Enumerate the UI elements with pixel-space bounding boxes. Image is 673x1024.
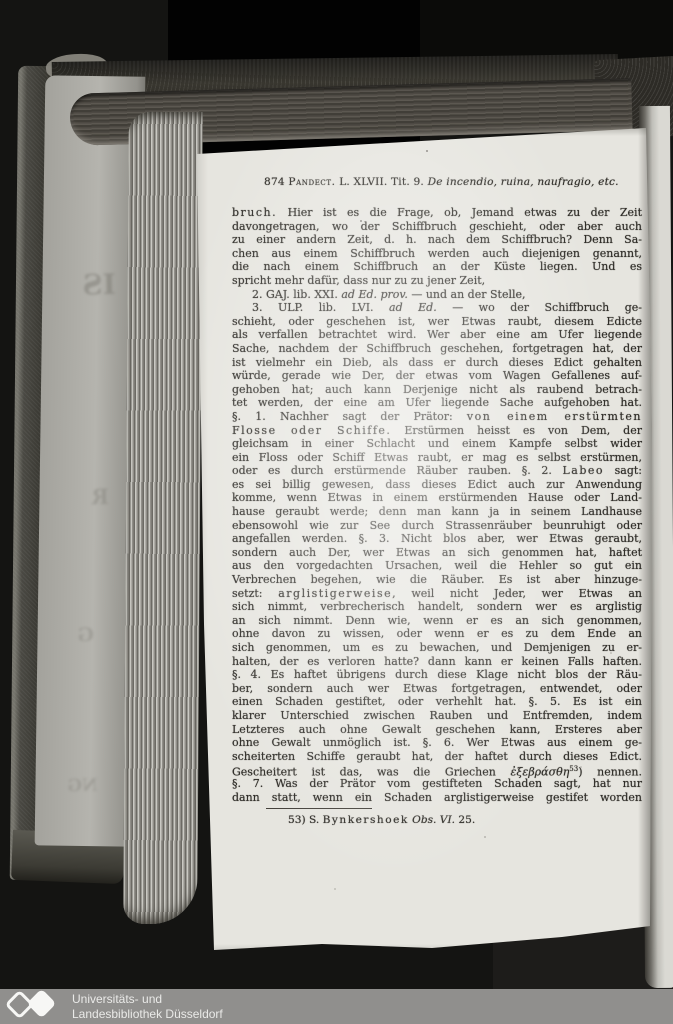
text-line: gehoben hat; auch kann Derjenige nicht a… [232,383,642,397]
footnote-rule [266,808,372,809]
text-line: §. 4. Es haftet übrigens durch diese Kla… [232,668,642,682]
bleedthrough-text: R [91,484,109,509]
text-line: sich nimmt, verbrecherisch handelt, sond… [232,600,642,614]
text-line: die nach einem Schiffbruch an der Küste … [232,260,642,274]
page-header: 874 Pandect. L. XLVII. Tit. 9. De incend… [232,176,673,188]
page-speck [514,360,516,362]
watermark-line2: Landesbibliothek Düsseldorf [72,1007,223,1022]
text-line: ein Floss oder Schiff Etwas raubt, er ma… [232,451,642,465]
text-line: spricht mehr dafür, dass nur zu zu jener… [232,274,642,288]
text-line: chen aus einem Schiffbruch werden auch d… [232,247,642,261]
text-line: oder es durch erstürmende Räuber rauben.… [232,464,642,478]
text-line: Verbrechen begehen, wie die Räuber. Es i… [232,573,642,587]
library-logo-solid-diamond-icon [27,989,57,1019]
text-line: Sache, nachdem der Schiffbruch geschehen… [232,342,642,356]
text-line: als verfallen betrachtet wird. Wer aber … [232,328,642,342]
text-line: scheiterten Schiffe geraubt hat, der haf… [232,750,642,764]
text-line: schieht, oder geschehen ist, wer Etwas r… [232,315,642,329]
text-line: zu einer andern Zeit, d. h. nach dem Sch… [232,233,642,247]
text-line: aus den vorgedachten Ursachen, weil die … [232,559,642,573]
text-line: angefallen werden. §. 3. Nicht blos aber… [232,532,642,546]
text-line: 2. GAJ. lib. XXI. ad Ed. prov. — und an … [232,288,642,302]
text-line: ber, sondern auch wer Etwas fortgetragen… [232,682,642,696]
page-speck [580,766,582,768]
text-line: ohne Gewalt unmöglich ist. §. 6. Wer Etw… [232,736,642,750]
text-line: Flosse oder Schiffe. Erstürmen heisst es… [232,424,642,438]
text-line: Letzteres auch ohne Gewalt geschehen kan… [232,723,642,737]
page-speck [334,888,336,890]
text-line: ohne davon zu wissen, oder wenn er es zu… [232,627,642,641]
page-speck [274,442,276,444]
text-line: hause geraubt werde; denn man kann ja in… [232,505,642,519]
text-line: tet werden, der eine am Ufer liegende Sa… [232,396,642,410]
text-line: es sei billig gewesen, dass dieses Edict… [232,478,642,492]
page-speck [360,220,362,222]
text-line: ebensowohl wie zur See durch Strassenräu… [232,519,642,533]
bleedthrough-text: IS [82,268,116,302]
text-line: sondern auch Der, wer Etwas an sich geno… [232,546,642,560]
bleedthrough-text: G [77,624,94,646]
text-line: würde, gerade wie Der, der etwas vom Wag… [232,369,642,383]
text-line: 3. ULP. lib. LVI. ad Ed. — wo der Schiff… [232,301,642,315]
scanned-page: 874 Pandect. L. XLVII. Tit. 9. De incend… [182,124,654,956]
text-line: davongetragen, wo der Schiffbruch geschi… [232,220,642,234]
footnote-text: 53) S. Bynkershoek Obs. VI. 25. [288,814,628,826]
watermark-line1: Universitäts- und [72,992,223,1007]
text-line: komme, wenn Etwas in einem erstürmenden … [232,491,642,505]
page-speck [426,150,428,152]
text-line: an sich nimmt. Denn wie, wenn er es an s… [232,614,642,628]
body-text: bruch. Hier ist es die Frage, ob, Jemand… [232,206,642,804]
text-line: sich genommen, um es zu bewachen, und De… [232,641,642,655]
text-line: ist vielmehr ein Dieb, als dass er durch… [232,356,642,370]
text-line: gleichsam in einer Schlacht und einem Ka… [232,437,642,451]
text-line: §. 7. Was der Prätor vom gestifteten Sch… [232,777,642,791]
page-speck [610,652,612,654]
text-line: einen Schaden gestiftet, oder verhehlt h… [232,695,642,709]
bleedthrough-text: NG [67,776,97,797]
page-edges-left-stack [123,112,203,924]
page-speck [484,836,486,838]
text-line: klarer Unterschied zwischen Rauben und E… [232,709,642,723]
text-line: halten, der es verloren hatte? dann kann… [232,655,642,669]
text-line: setzt: arglistigerweise, weil nicht Jede… [232,587,642,601]
watermark-text: Universitäts- und Landesbibliothek Düsse… [72,992,223,1022]
text-line: §. 1. Nachher sagt der Prätor: von einem… [232,410,642,424]
text-line: bruch. Hier ist es die Frage, ob, Jemand… [232,206,642,220]
book-scan: IS R G NG 874 Pandect. L. XLVII. Tit. 9.… [0,0,673,1024]
watermark-bar: Universitäts- und Landesbibliothek Düsse… [0,989,673,1024]
text-line: dann statt, wenn ein Schaden arglistiger… [232,791,642,805]
